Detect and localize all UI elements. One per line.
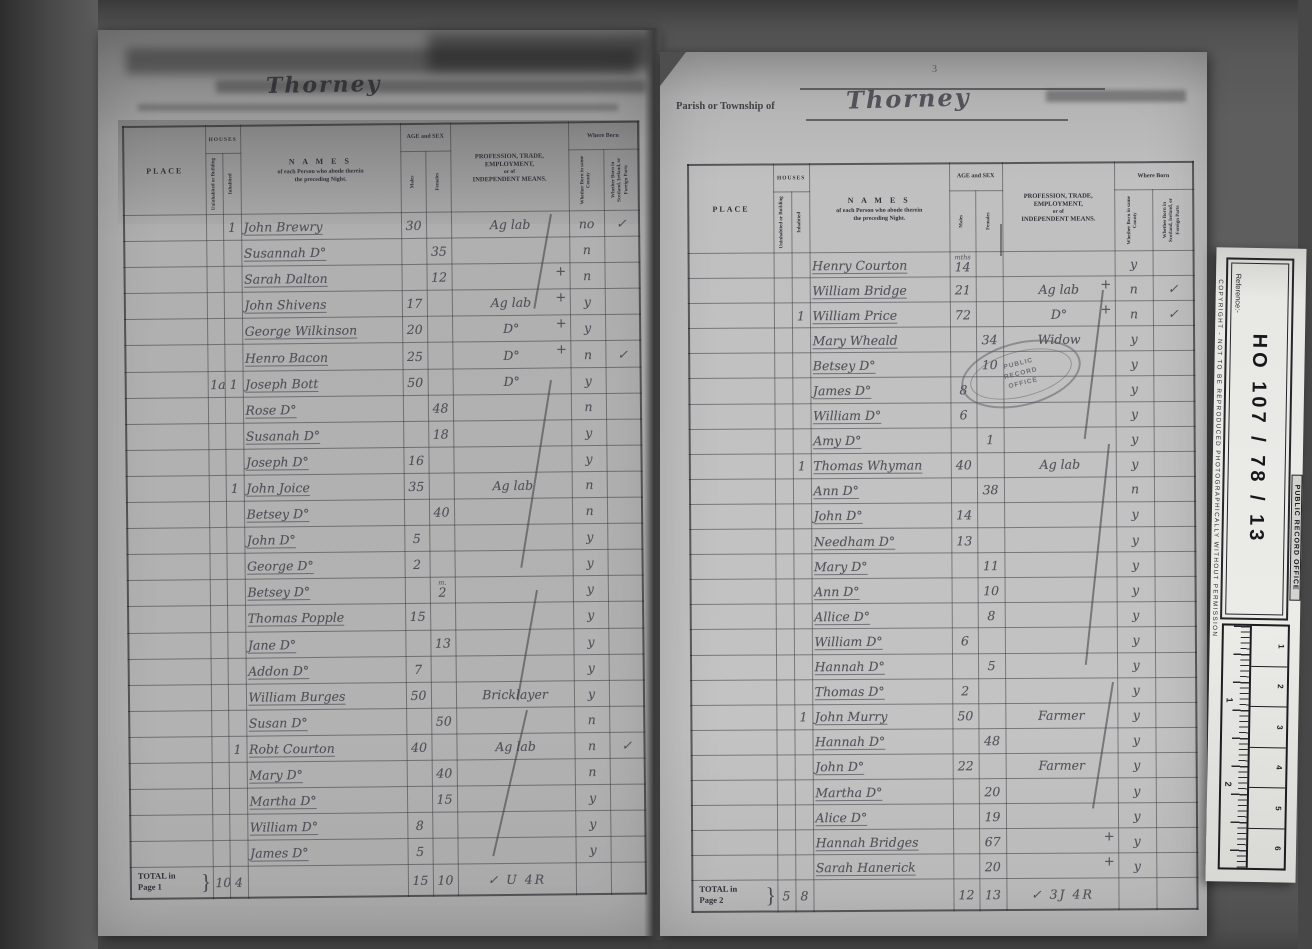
cell-inhabited xyxy=(793,479,811,504)
cell-uninhabited xyxy=(776,705,794,730)
cell-age-females: 40 xyxy=(429,499,454,525)
cell-uninhabited xyxy=(211,736,228,762)
cell-age-females xyxy=(427,343,452,369)
cell-name: Martha D° xyxy=(247,787,407,815)
cell-profession xyxy=(455,628,573,655)
column-header-males: Males xyxy=(400,151,426,212)
cell-uninhabited xyxy=(775,504,793,529)
cell-age-females: 19 xyxy=(979,804,1006,829)
cell-place xyxy=(691,654,776,680)
cell-born-elsewhere xyxy=(1154,552,1195,577)
cell-born-elsewhere xyxy=(1153,351,1194,376)
record-row: James D°8y xyxy=(689,376,1194,404)
cell-inhabited xyxy=(793,428,811,453)
cell-uninhabited xyxy=(212,841,229,867)
cell-age-females: 13 xyxy=(430,630,455,656)
record-row: Hannah D°48y xyxy=(691,727,1196,755)
cell-name: Thomas Popple xyxy=(245,604,405,632)
cell-inhabited xyxy=(227,632,245,658)
cell-inhabited xyxy=(794,679,812,704)
record-row: Mary Wheald34Widowy xyxy=(689,326,1194,354)
cell-age-males xyxy=(404,499,429,525)
cell-age-females xyxy=(428,447,453,473)
cell-born-county: n xyxy=(569,263,604,289)
page1-corner-smudge xyxy=(428,34,653,70)
cell-inhabited xyxy=(794,629,812,654)
cell-born-elsewhere xyxy=(607,549,642,575)
page2-parish-script: Thorney xyxy=(846,82,971,114)
cell-age-males: 21 xyxy=(950,277,976,302)
cell-uninhabited xyxy=(775,479,793,504)
cell-uninhabited xyxy=(774,253,792,278)
cell-born-county: n xyxy=(574,732,609,758)
cell-inhabited xyxy=(225,449,243,475)
cell-uninhabited xyxy=(777,755,795,780)
cell-name: Hannah D° xyxy=(812,653,952,679)
parish-label: Parish or Township of xyxy=(676,101,775,112)
ruler-inch-number: 1 xyxy=(1225,697,1235,702)
cell-inhabited xyxy=(223,240,241,266)
cell-born-elsewhere xyxy=(609,680,644,706)
cell-profession: Ag lab+ xyxy=(452,289,570,316)
cell-born-county: y xyxy=(1117,602,1155,627)
cell-age-females: 50 xyxy=(431,708,456,734)
record-row: Betsey D°10y xyxy=(689,351,1194,379)
ruler-inch-scale: 12 xyxy=(1220,625,1252,867)
cell-uninhabited xyxy=(206,214,223,240)
cell-place xyxy=(689,278,774,304)
cell-born-elsewhere xyxy=(605,314,640,340)
cell-age-females xyxy=(978,628,1005,653)
cell-profession: + xyxy=(451,263,569,290)
cell-inhabited xyxy=(228,658,246,684)
cell-name: George Wilkinson xyxy=(242,317,402,345)
public-record-office-label: PUBLIC RECORD OFFICE xyxy=(1289,475,1302,601)
cell-profession: Ag lab+ xyxy=(1003,276,1115,302)
reference-box: Reference:- HO 107 / 78 / 13 xyxy=(1220,257,1294,620)
column-header-where-born: Where Born xyxy=(1114,162,1193,190)
cell-age-females xyxy=(429,473,454,499)
cell-age-males xyxy=(952,578,978,603)
cell-uninhabited xyxy=(211,684,228,710)
cell-born-elsewhere xyxy=(1154,501,1195,526)
cell-place xyxy=(690,554,775,580)
cell-profession: Ag lab xyxy=(454,472,572,499)
cell-inhabited xyxy=(229,762,247,788)
profession-header-line: PROFESSION, TRADE, xyxy=(1005,192,1112,200)
cell-born-county: y xyxy=(1118,778,1156,803)
cell-name: Henro Bacon xyxy=(242,343,402,371)
cell-place xyxy=(129,736,211,763)
record-row: William Bridge21Ag lab+n✓ xyxy=(689,276,1194,304)
total-brace: } xyxy=(765,883,776,909)
cell-name: Thomas D° xyxy=(812,678,952,704)
cell-born-county: y xyxy=(1115,251,1153,276)
cell-name: Hannah Bridges xyxy=(813,829,953,855)
cell-born-elsewhere xyxy=(606,393,641,419)
cell-uninhabited: 1a xyxy=(208,371,225,397)
cell-born-elsewhere: ✓ xyxy=(605,341,640,367)
cell-born-elsewhere xyxy=(1155,577,1196,602)
cell-age-females xyxy=(432,812,457,838)
cell-born-county: y xyxy=(1117,577,1155,602)
cell-age-females xyxy=(429,525,454,551)
cell-age-females: 40 xyxy=(432,760,457,786)
table-footer: TOTAL in Page 1 } 10 4 15 10 ✓ U 4R xyxy=(131,862,646,899)
total-females: 13 xyxy=(979,879,1006,911)
cell-born-county: n xyxy=(1115,301,1153,326)
cell-profession xyxy=(1004,477,1116,503)
cell-age-males: 2 xyxy=(404,552,429,578)
cell-age-females xyxy=(977,503,1004,528)
cell-born-elsewhere xyxy=(1154,476,1195,501)
record-row: John D°14y xyxy=(690,501,1195,529)
column-header-names: N A M E S of each Person who abode there… xyxy=(240,124,401,214)
cell-born-elsewhere xyxy=(608,628,643,654)
cell-inhabited xyxy=(794,604,812,629)
cell-born-elsewhere: ✓ xyxy=(609,732,644,758)
cell-age-females xyxy=(978,703,1005,728)
cell-inhabited xyxy=(795,855,813,880)
cell-age-males: mths14 xyxy=(950,252,976,277)
total-brace: } xyxy=(201,869,212,895)
total-row: TOTAL in Page 1 } 10 4 15 10 ✓ U 4R xyxy=(131,862,646,899)
cell-born-elsewhere xyxy=(1156,752,1197,777)
cell-name: William Bridge xyxy=(810,277,950,303)
cell-place xyxy=(128,606,210,633)
cell-uninhabited xyxy=(209,475,226,501)
cell-age-males: 40 xyxy=(951,452,977,477)
cell-profession xyxy=(1005,577,1117,603)
cell-age-males: 15 xyxy=(405,604,430,630)
cell-born-elsewhere xyxy=(604,262,639,288)
cell-age-females xyxy=(976,277,1003,302)
record-row: Allice D°8y xyxy=(691,602,1196,630)
ink-mark xyxy=(1000,224,1002,256)
cell-inhabited xyxy=(792,253,810,278)
ruler-cm-segment: 1 xyxy=(1251,626,1288,667)
cell-age-females: 48 xyxy=(428,395,453,421)
cell-name: John D° xyxy=(813,754,953,780)
cell-age-males xyxy=(407,786,432,812)
cell-born-elsewhere xyxy=(1155,627,1196,652)
cell-inhabited xyxy=(224,293,242,319)
cell-inhabited xyxy=(792,353,810,378)
cell-name: Addon D° xyxy=(246,656,406,684)
cell-uninhabited xyxy=(210,606,227,632)
cell-place xyxy=(692,855,777,881)
cell-born-elsewhere xyxy=(1154,526,1195,551)
cell-born-elsewhere xyxy=(1153,250,1194,275)
cell-age-females: 1 xyxy=(977,427,1004,452)
cell-name: Rose D° xyxy=(243,395,403,423)
column-header-age-sex: AGE and SEX xyxy=(949,163,1002,191)
cell-age-females: 5 xyxy=(978,653,1005,678)
cell-profession xyxy=(1006,778,1118,804)
cell-uninhabited xyxy=(775,554,793,579)
total-blank xyxy=(1118,878,1156,910)
reference-label: Reference:- xyxy=(1233,274,1243,313)
cell-place xyxy=(692,755,777,781)
cell-age-females: 20 xyxy=(979,854,1006,879)
cell-uninhabited xyxy=(207,345,224,371)
record-row: 1John Murry50Farmery xyxy=(691,702,1196,730)
cell-inhabited xyxy=(793,529,811,554)
cell-age-females: 10 xyxy=(978,578,1005,603)
cell-born-county: y xyxy=(573,602,608,628)
cell-uninhabited xyxy=(208,449,225,475)
cell-uninhabited xyxy=(777,855,795,880)
cell-uninhabited xyxy=(209,554,226,580)
cell-name: Susannah D° xyxy=(241,239,401,267)
cell-age-males xyxy=(405,578,430,604)
column-header-houses: HOUSES xyxy=(205,126,240,154)
cell-age-males xyxy=(953,804,979,829)
cell-age-males xyxy=(953,829,979,854)
record-row: Hannah Bridges67+y xyxy=(692,828,1197,856)
cell-profession xyxy=(458,837,576,864)
total-names-blank xyxy=(248,865,408,898)
cell-inhabited: 1 xyxy=(228,736,246,762)
cell-profession: + xyxy=(1006,853,1118,879)
cell-name: John Brewry xyxy=(241,213,401,241)
cell-born-county: n xyxy=(574,706,609,732)
profession-header-line: EMPLOYMENT, xyxy=(1005,200,1112,208)
record-row: Hannah D°5y xyxy=(691,652,1196,680)
cell-profession: Ag lab xyxy=(451,211,569,238)
cell-name: Thomas Whyman xyxy=(811,453,951,479)
cell-name: Susan D° xyxy=(246,708,406,736)
cell-name: Mary D° xyxy=(811,553,951,579)
cell-name: Amy D° xyxy=(811,428,951,454)
cell-born-elsewhere xyxy=(1153,376,1194,401)
cell-place xyxy=(691,680,776,706)
profession-header-line: or of xyxy=(453,168,566,175)
record-row: John D°22Farmery xyxy=(692,752,1197,780)
total-males: 12 xyxy=(953,879,979,911)
cell-born-county: n xyxy=(575,758,610,784)
column-header-born-county: Whether Born in same County xyxy=(1114,190,1152,251)
cell-born-elsewhere xyxy=(1156,802,1197,827)
page2-torn-corner xyxy=(660,52,686,86)
cell-uninhabited xyxy=(774,403,792,428)
cell-born-elsewhere xyxy=(1154,426,1195,451)
cell-age-females xyxy=(431,682,456,708)
cell-name: Ann D° xyxy=(811,478,951,504)
cell-name: Susanah D° xyxy=(243,421,403,449)
cell-born-county: y xyxy=(570,289,605,315)
cell-inhabited: 1 xyxy=(792,303,810,328)
record-row: Alice D°19y xyxy=(692,802,1197,830)
record-row: Ann D°38n xyxy=(690,476,1195,504)
cell-age-males xyxy=(952,653,978,678)
cell-born-elsewhere xyxy=(606,419,641,445)
cell-uninhabited xyxy=(774,278,792,303)
cell-name: Sarah Hanerick xyxy=(813,854,953,880)
column-header-inhabited: Inhabited xyxy=(791,192,809,253)
total-uninhabited: 10 xyxy=(213,867,230,899)
table-header: PLACE HOUSES N A M E S of each Person wh… xyxy=(123,122,639,216)
cell-born-county: y xyxy=(1115,376,1153,401)
cell-age-females: 18 xyxy=(428,421,453,447)
cell-born-elsewhere xyxy=(606,367,641,393)
cell-uninhabited xyxy=(209,528,226,554)
cell-name: Betsey D° xyxy=(244,500,404,528)
cell-inhabited xyxy=(792,378,810,403)
cell-profession xyxy=(451,237,569,264)
cell-name: Joseph Bott xyxy=(243,369,403,397)
cell-profession: D° xyxy=(453,367,571,394)
cell-inhabited: 1 xyxy=(226,475,244,501)
cell-age-males xyxy=(406,708,431,734)
cell-place xyxy=(125,319,207,346)
cell-profession xyxy=(453,446,571,473)
cell-place xyxy=(127,502,209,529)
cell-name: Betsey D° xyxy=(245,578,405,606)
cell-name: William D° xyxy=(810,402,950,428)
cell-age-males xyxy=(953,854,979,879)
cell-age-males: 40 xyxy=(406,734,431,760)
cell-born-county: n xyxy=(571,393,606,419)
cell-born-county: y xyxy=(576,837,611,863)
cell-age-females xyxy=(976,252,1003,277)
cell-age-females xyxy=(428,369,453,395)
cell-inhabited: 1 xyxy=(794,704,812,729)
cell-name: Ann D° xyxy=(812,578,952,604)
total-label: TOTAL in Page 2 xyxy=(695,884,737,906)
column-header-females: Females xyxy=(425,151,451,212)
cell-born-county: y xyxy=(573,576,608,602)
column-header-born-elsewhere: Whether Born in Scotland, Ireland, or Fo… xyxy=(603,149,639,210)
cell-born-county: y xyxy=(574,680,609,706)
cell-age-males: 14 xyxy=(951,503,977,528)
cell-place xyxy=(124,215,206,242)
cell-name: James D° xyxy=(810,377,950,403)
cell-age-females: 38 xyxy=(977,477,1004,502)
stamp-text: PUBLIC RECORD OFFICE xyxy=(989,353,1052,395)
cell-born-county: y xyxy=(572,524,607,550)
cell-uninhabited xyxy=(210,580,227,606)
cell-place xyxy=(124,267,206,294)
cell-profession xyxy=(1005,652,1117,678)
record-row: Martha D°20y xyxy=(692,777,1197,805)
cell-born-county: y xyxy=(1118,828,1156,853)
table-footer: TOTAL in Page 2 } 5 8 12 13 ✓ 3J 4R xyxy=(692,878,1197,913)
cell-age-females xyxy=(976,302,1003,327)
cell-profession: + xyxy=(1006,828,1118,854)
cell-born-elsewhere xyxy=(606,445,641,471)
cell-age-females: 12 xyxy=(426,264,451,290)
cell-profession xyxy=(1006,803,1118,829)
cell-inhabited xyxy=(793,504,811,529)
cell-uninhabited xyxy=(209,501,226,527)
names-header-line: the preceding Night. xyxy=(243,176,398,184)
cell-age-males: 30 xyxy=(401,212,426,238)
cell-inhabited xyxy=(229,840,247,866)
cell-age-males: 35 xyxy=(404,473,429,499)
cell-age-females xyxy=(432,838,457,864)
cell-born-county: n xyxy=(572,471,607,497)
profession-header-line: PROFESSION, TRADE, xyxy=(453,152,566,160)
cell-profession xyxy=(455,576,573,603)
record-row: William D°6y xyxy=(689,401,1194,429)
cell-name: Jane D° xyxy=(245,630,405,658)
parish-underline xyxy=(806,119,1068,121)
cell-age-males xyxy=(951,427,977,452)
cell-inhabited: 1 xyxy=(225,371,243,397)
cell-born-county: y xyxy=(1117,677,1155,702)
cell-age-males xyxy=(951,478,977,503)
cell-born-county: y xyxy=(1116,502,1154,527)
archive-reference-strip: COPYRIGHT - NOT TO BE REPRODUCED PHOTOGR… xyxy=(1205,247,1306,882)
cell-uninhabited xyxy=(212,788,229,814)
cell-profession xyxy=(454,524,572,551)
cell-profession: Farmer xyxy=(1005,703,1117,729)
cell-profession xyxy=(455,550,573,577)
cell-place xyxy=(126,449,208,476)
column-header-place: PLACE xyxy=(123,126,206,215)
cell-age-females xyxy=(430,603,455,629)
cell-born-county: y xyxy=(1116,451,1154,476)
cell-age-females xyxy=(427,316,452,342)
total-blank xyxy=(1156,878,1197,910)
cell-place xyxy=(129,684,211,711)
cell-uninhabited xyxy=(776,679,794,704)
cell-age-males xyxy=(952,603,978,628)
cell-age-males: 5 xyxy=(407,839,432,865)
cell-place xyxy=(126,423,208,450)
cell-born-county: y xyxy=(1118,803,1156,828)
cell-uninhabited xyxy=(208,397,225,423)
cell-age-females xyxy=(427,290,452,316)
ruler-cm-segment: 6 xyxy=(1248,828,1285,868)
cell-age-females: 8 xyxy=(978,603,1005,628)
cell-uninhabited xyxy=(776,730,794,755)
cell-inhabited xyxy=(225,423,243,449)
cell-place xyxy=(126,371,208,398)
cell-inhabited xyxy=(228,710,246,736)
cell-age-males xyxy=(407,760,432,786)
ruler-cm-segment: 4 xyxy=(1249,747,1286,788)
cell-uninhabited xyxy=(774,303,792,328)
cell-name: Mary D° xyxy=(247,761,407,789)
cell-place xyxy=(691,604,776,630)
cell-age-females xyxy=(978,678,1005,703)
cell-age-males: 22 xyxy=(953,754,979,779)
total-check-marks: ✓ U 4R xyxy=(458,863,576,896)
cell-age-males: 17 xyxy=(402,291,427,317)
cell-uninhabited xyxy=(776,629,794,654)
cell-born-elsewhere xyxy=(605,288,640,314)
cell-uninhabited xyxy=(206,267,223,293)
census-scan-canvas: Thorney PLACE HOUSES N A M E S of each P… xyxy=(0,0,1312,949)
cell-name: Alice D° xyxy=(813,804,953,830)
cell-born-elsewhere xyxy=(1155,727,1196,752)
cell-place xyxy=(130,763,212,790)
record-row: Sarah Hanerick20+y xyxy=(692,853,1197,881)
census-page-2: 3 Parish or Township of Thorney PLACE HO… xyxy=(660,52,1207,936)
cell-age-females xyxy=(977,528,1004,553)
cell-inhabited xyxy=(792,403,810,428)
cell-age-males: 2 xyxy=(952,678,978,703)
cell-born-county: y xyxy=(1118,753,1156,778)
cell-age-males xyxy=(403,395,428,421)
ruler-cm-scale: 123456 xyxy=(1248,626,1288,869)
cell-uninhabited xyxy=(777,830,795,855)
cell-age-males: 72 xyxy=(950,302,976,327)
cell-born-elsewhere xyxy=(610,784,645,810)
cell-born-county: y xyxy=(574,654,609,680)
